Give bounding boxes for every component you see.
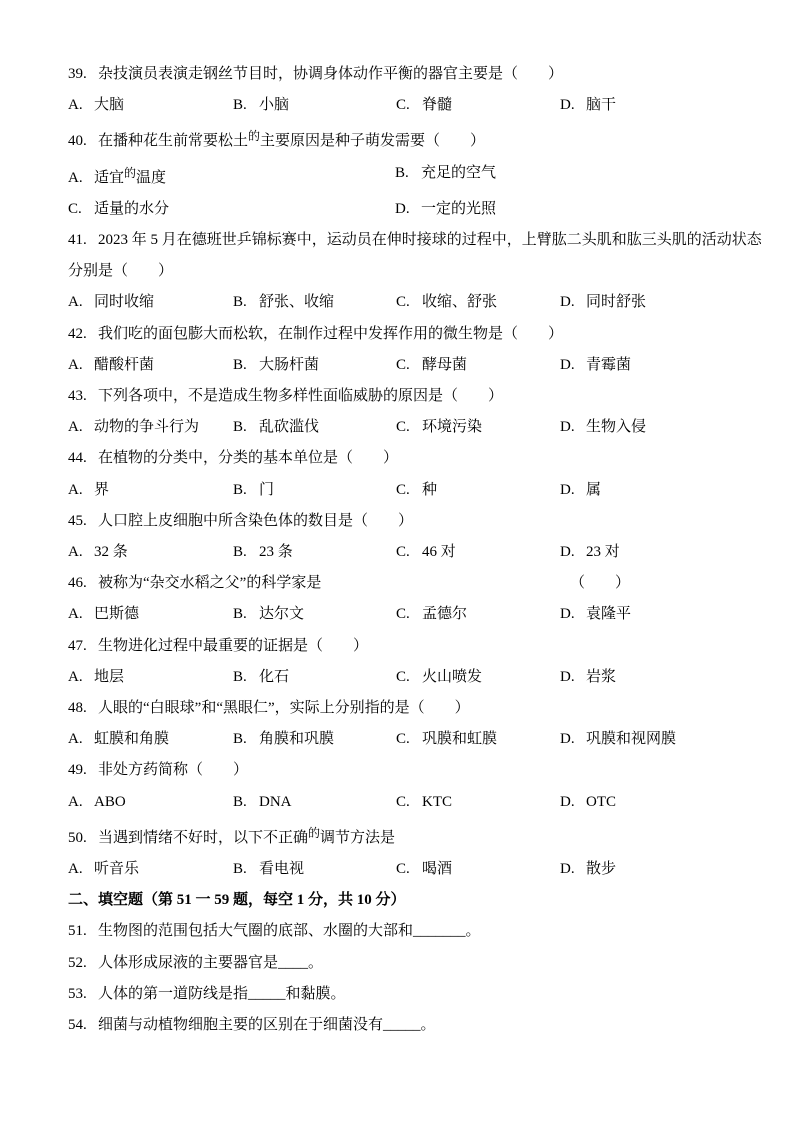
option-b: B.达尔文 [233,599,396,630]
option-label: C. [396,537,422,568]
option-label: C. [396,662,422,693]
option-label: A. [68,537,94,568]
option-label: D. [560,90,586,121]
option-text: 一定的光照 [421,201,496,217]
option-label: C. [396,854,422,885]
option-label: D. [560,475,586,506]
question-48-options: A.虹膜和角膜 B.角膜和巩膜 C.巩膜和虹膜 D.巩膜和视网膜 [68,724,744,755]
question-45-options: A.32 条 B.23 条 C.46 对 D.23 对 [68,537,744,568]
question-49-options: A.ABO B.DNA C.KTC D.OTC [68,787,744,818]
question-48: 48.人眼的“白眼球”和“黑眼仁”，实际上分别指的是（ ） A.虹膜和角膜 B.… [68,693,744,755]
option-text: DNA [259,794,292,810]
option-label: D. [560,412,586,443]
question-43-options: A.动物的争斗行为 B.乱砍滥伐 C.环境污染 D.生物入侵 [68,412,744,443]
option-text: 界 [94,482,109,498]
option-text: 青霉菌 [586,357,631,373]
option-a: A.适宜的温度 [68,158,395,194]
option-label: C. [396,412,422,443]
option-label: C. [396,475,422,506]
option-d: D.OTC [560,787,744,818]
question-44-options: A.界 B.门 C.种 D.属 [68,475,744,506]
question-number: 47. [68,631,98,662]
option-label: D. [395,194,421,225]
option-a: A.醋酸杆菌 [68,350,233,381]
question-43-stem: 43.下列各项中，不是造成生物多样性面临威胁的原因是（ ） [68,381,744,412]
question-47: 47.生物进化过程中最重要的证据是（ ） A.地层 B.化石 C.火山喷发 D.… [68,631,744,693]
option-text: 小脑 [259,97,289,113]
question-46-options: A.巴斯德 B.达尔文 C.孟德尔 D.袁隆平 [68,599,744,630]
option-text: 生物入侵 [586,419,646,435]
option-text: 巩膜和虹膜 [422,731,497,747]
option-text: 听音乐 [94,861,139,877]
question-number: 46. [68,568,98,599]
option-text: 大脑 [94,97,124,113]
option-text: 化石 [259,669,289,685]
option-c: C.火山喷发 [396,662,560,693]
option-a: A.界 [68,475,233,506]
stem-segment: 主要原因是种子萌发需要（ ） [260,133,485,149]
question-54: 54.细菌与动植物细胞主要的区别在于细菌没有_____。 [68,1010,744,1041]
question-text: 非处方药简称（ ） [98,762,248,778]
option-c: C.种 [396,475,560,506]
option-segment: 适宜 [94,170,124,186]
option-a: A.巴斯德 [68,599,233,630]
option-d: D.岩浆 [560,662,744,693]
question-number: 45. [68,506,98,537]
question-46-stem: 46.被称为“杂交水稻之父”的科学家是（ ） [68,568,744,599]
option-label: D. [560,662,586,693]
option-text: 看电视 [259,861,304,877]
question-text: 人眼的“白眼球”和“黑眼仁”，实际上分别指的是（ ） [98,700,470,716]
question-text: 人体的第一道防线是指_____和黏膜。 [98,986,346,1002]
option-text: 醋酸杆菌 [94,357,154,373]
option-text: 充足的空气 [421,165,496,181]
question-text: 我们吃的面包膨大而松软，在制作过程中发挥作用的微生物是（ ） [98,326,563,342]
question-text: 当遇到情绪不好时，以下不正确的调节方法是 [98,830,395,846]
option-c: C.适量的水分 [68,194,395,225]
option-c: C.46 对 [396,537,560,568]
question-text: 人口腔上皮细胞中所含染色体的数目是（ ） [98,513,413,529]
question-42-stem: 42.我们吃的面包膨大而松软，在制作过程中发挥作用的微生物是（ ） [68,319,744,350]
question-40-stem: 40.在播种花生前常要松土的主要原因是种子萌发需要（ ） [68,121,744,157]
option-label: C. [396,287,422,318]
option-text: 适宜的温度 [94,170,166,186]
question-52: 52.人体形成尿液的主要器官是____。 [68,948,744,979]
option-label: B. [233,854,259,885]
option-label: D. [560,854,586,885]
option-text: 46 对 [422,544,456,560]
question-text: 分别是（ ） [68,263,173,279]
question-41-stem: 41.2023 年 5 月在德班世乒锦标赛中，运动员在伸时接球的过程中，上臂肱二… [68,225,744,256]
question-text: 生物进化过程中最重要的证据是（ ） [98,638,368,654]
option-text: 环境污染 [422,419,482,435]
option-label: A. [68,412,94,443]
exam-page: 39.杂技演员表演走钢丝节目时，协调身体动作平衡的器官主要是（ ） A.大脑 B… [0,0,794,1123]
option-text: 巴斯德 [94,606,139,622]
question-43: 43.下列各项中，不是造成生物多样性面临威胁的原因是（ ） A.动物的争斗行为 … [68,381,744,443]
option-d: D.生物入侵 [560,412,744,443]
option-label: C. [396,599,422,630]
option-label: D. [560,787,586,818]
option-a: A.虹膜和角膜 [68,724,233,755]
section-2-header: 二、填空题（第 51 一 59 题，每空 1 分，共 10 分） [68,885,744,916]
option-label: C. [396,90,422,121]
option-text: 同时舒张 [586,294,646,310]
option-label: A. [68,724,94,755]
question-text: 杂技演员表演走钢丝节目时，协调身体动作平衡的器官主要是（ ） [98,66,563,82]
option-text: 孟德尔 [422,606,467,622]
question-text: 人体形成尿液的主要器官是____。 [98,955,323,971]
question-number: 48. [68,693,98,724]
option-d: D.同时舒张 [560,287,744,318]
question-number: 49. [68,755,98,786]
option-b: B.舒张、收缩 [233,287,396,318]
option-text: 达尔文 [259,606,304,622]
question-number: 51. [68,916,98,947]
superscript-de: 的 [248,129,260,143]
option-c: C.环境污染 [396,412,560,443]
option-b: B.充足的空气 [395,158,744,194]
superscript-de: 的 [308,826,320,840]
option-d: D.属 [560,475,744,506]
question-text: 被称为“杂交水稻之父”的科学家是 [98,575,321,591]
question-text: 细菌与动植物细胞主要的区别在于细菌没有_____。 [98,1017,436,1033]
option-b: B.乱砍滥伐 [233,412,396,443]
option-a: A.32 条 [68,537,233,568]
question-50-stem: 50.当遇到情绪不好时，以下不正确的调节方法是 [68,818,744,854]
question-41-stem-line-2: 分别是（ ） [68,256,744,287]
option-text: 酵母菌 [422,357,467,373]
option-d: D.23 对 [560,537,744,568]
answer-bracket: （ ） [570,568,630,599]
question-40: 40.在播种花生前常要松土的主要原因是种子萌发需要（ ） A.适宜的温度 B.充… [68,121,744,225]
option-text: OTC [586,794,616,810]
option-a: A.大脑 [68,90,233,121]
option-label: B. [233,662,259,693]
question-number: 42. [68,319,98,350]
option-text: 乱砍滥伐 [259,419,319,435]
question-45-stem: 45.人口腔上皮细胞中所含染色体的数目是（ ） [68,506,744,537]
question-44: 44.在植物的分类中，分类的基本单位是（ ） A.界 B.门 C.种 D.属 [68,443,744,505]
option-text: 32 条 [94,544,128,560]
option-label: A. [68,475,94,506]
option-label: C. [396,724,422,755]
question-45: 45.人口腔上皮细胞中所含染色体的数目是（ ） A.32 条 B.23 条 C.… [68,506,744,568]
option-text: 脑干 [586,97,616,113]
option-text: 同时收缩 [94,294,154,310]
option-label: B. [233,475,259,506]
option-text: 属 [586,482,601,498]
option-label: B. [233,724,259,755]
option-label: B. [233,599,259,630]
question-49-stem: 49.非处方药简称（ ） [68,755,744,786]
option-label: C. [396,787,422,818]
option-label: A. [68,350,94,381]
option-d: D.脑干 [560,90,744,121]
option-d: D.巩膜和视网膜 [560,724,744,755]
question-41: 41.2023 年 5 月在德班世乒锦标赛中，运动员在伸时接球的过程中，上臂肱二… [68,225,744,319]
option-a: A.听音乐 [68,854,233,885]
question-46: 46.被称为“杂交水稻之父”的科学家是（ ） A.巴斯德 B.达尔文 C.孟德尔… [68,568,744,630]
superscript-de: 的 [124,166,136,180]
option-text: 适量的水分 [94,201,169,217]
option-b: B.角膜和巩膜 [233,724,396,755]
question-42: 42.我们吃的面包膨大而松软，在制作过程中发挥作用的微生物是（ ） A.醋酸杆菌… [68,319,744,381]
question-number: 43. [68,381,98,412]
option-label: D. [560,724,586,755]
question-number: 52. [68,948,98,979]
option-b: B.23 条 [233,537,396,568]
option-text: ABO [94,794,126,810]
option-b: B.门 [233,475,396,506]
question-text: 生物图的范围包括大气圈的底部、水圈的大部和_______。 [98,923,481,939]
question-number: 41. [68,225,98,256]
question-number: 39. [68,59,98,90]
option-label: B. [233,287,259,318]
option-text: 角膜和巩膜 [259,731,334,747]
option-b: B.化石 [233,662,396,693]
option-text: 巩膜和视网膜 [586,731,676,747]
question-53: 53.人体的第一道防线是指_____和黏膜。 [68,979,744,1010]
option-c: C.喝酒 [396,854,560,885]
option-d: D.袁隆平 [560,599,744,630]
option-label: A. [68,287,94,318]
option-text: 袁隆平 [586,606,631,622]
option-text: 23 对 [586,544,620,560]
question-48-stem: 48.人眼的“白眼球”和“黑眼仁”，实际上分别指的是（ ） [68,693,744,724]
question-text: 2023 年 5 月在德班世乒锦标赛中，运动员在伸时接球的过程中，上臂肱二头肌和… [98,232,762,248]
option-text: 喝酒 [422,861,452,877]
option-text: 动物的争斗行为 [94,419,199,435]
option-label: B. [233,90,259,121]
stem-segment: 在播种花生前常要松土 [98,133,248,149]
option-text: 岩浆 [586,669,616,685]
question-39-stem: 39.杂技演员表演走钢丝节目时，协调身体动作平衡的器官主要是（ ） [68,59,744,90]
option-d: D.青霉菌 [560,350,744,381]
question-39: 39.杂技演员表演走钢丝节目时，协调身体动作平衡的器官主要是（ ） A.大脑 B… [68,59,744,121]
question-44-stem: 44.在植物的分类中，分类的基本单位是（ ） [68,443,744,474]
option-label: B. [233,537,259,568]
question-47-stem: 47.生物进化过程中最重要的证据是（ ） [68,631,744,662]
option-a: A.动物的争斗行为 [68,412,233,443]
question-number: 50. [68,823,98,854]
question-41-options: A.同时收缩 B.舒张、收缩 C.收缩、舒张 D.同时舒张 [68,287,744,318]
option-text: 火山喷发 [422,669,482,685]
option-text: 收缩、舒张 [422,294,497,310]
option-c: C.酵母菌 [396,350,560,381]
option-label: D. [560,599,586,630]
option-label: D. [560,287,586,318]
question-text: 下列各项中，不是造成生物多样性面临威胁的原因是（ ） [98,388,503,404]
option-label: C. [68,194,94,225]
question-42-options: A.醋酸杆菌 B.大肠杆菌 C.酵母菌 D.青霉菌 [68,350,744,381]
question-number: 53. [68,979,98,1010]
option-c: C.收缩、舒张 [396,287,560,318]
option-text: 大肠杆菌 [259,357,319,373]
option-label: B. [233,350,259,381]
option-segment: 温度 [136,170,166,186]
option-label: B. [233,412,259,443]
option-c: C.KTC [396,787,560,818]
option-b: B.看电视 [233,854,396,885]
option-b: B.小脑 [233,90,396,121]
option-text: 种 [422,482,437,498]
option-c: C.巩膜和虹膜 [396,724,560,755]
option-a: A.同时收缩 [68,287,233,318]
option-c: C.脊髓 [396,90,560,121]
option-label: A. [68,662,94,693]
option-label: A. [68,90,94,121]
option-label: B. [233,787,259,818]
option-text: 散步 [586,861,616,877]
option-text: 虹膜和角膜 [94,731,169,747]
option-a: A.ABO [68,787,233,818]
option-label: D. [560,537,586,568]
option-label: A. [68,599,94,630]
option-b: B.大肠杆菌 [233,350,396,381]
question-40-options-row-1: A.适宜的温度 B.充足的空气 [68,158,744,194]
option-d: D.一定的光照 [395,194,744,225]
option-label: A. [68,787,94,818]
stem-segment: 当遇到情绪不好时，以下不正确 [98,830,308,846]
option-text: 舒张、收缩 [259,294,334,310]
question-47-options: A.地层 B.化石 C.火山喷发 D.岩浆 [68,662,744,693]
option-text: 脊髓 [422,97,452,113]
question-50: 50.当遇到情绪不好时，以下不正确的调节方法是 A.听音乐 B.看电视 C.喝酒… [68,818,744,885]
question-text: 在播种花生前常要松土的主要原因是种子萌发需要（ ） [98,133,485,149]
option-text: 门 [259,482,274,498]
option-label: A. [68,163,94,194]
question-51: 51.生物图的范围包括大气圈的底部、水圈的大部和_______。 [68,916,744,947]
option-text: KTC [422,794,452,810]
question-text: 在植物的分类中，分类的基本单位是（ ） [98,450,398,466]
stem-segment: 调节方法是 [320,830,395,846]
option-text: 地层 [94,669,124,685]
option-label: B. [395,158,421,189]
option-label: D. [560,350,586,381]
option-label: A. [68,854,94,885]
option-text: 23 条 [259,544,293,560]
question-number: 54. [68,1010,98,1041]
option-label: C. [396,350,422,381]
question-49: 49.非处方药简称（ ） A.ABO B.DNA C.KTC D.OTC [68,755,744,817]
option-c: C.孟德尔 [396,599,560,630]
option-a: A.地层 [68,662,233,693]
question-number: 40. [68,126,98,157]
question-39-options: A.大脑 B.小脑 C.脊髓 D.脑干 [68,90,744,121]
option-b: B.DNA [233,787,396,818]
option-d: D.散步 [560,854,744,885]
question-40-options-row-2: C.适量的水分 D.一定的光照 [68,194,744,225]
question-number: 44. [68,443,98,474]
question-50-options: A.听音乐 B.看电视 C.喝酒 D.散步 [68,854,744,885]
